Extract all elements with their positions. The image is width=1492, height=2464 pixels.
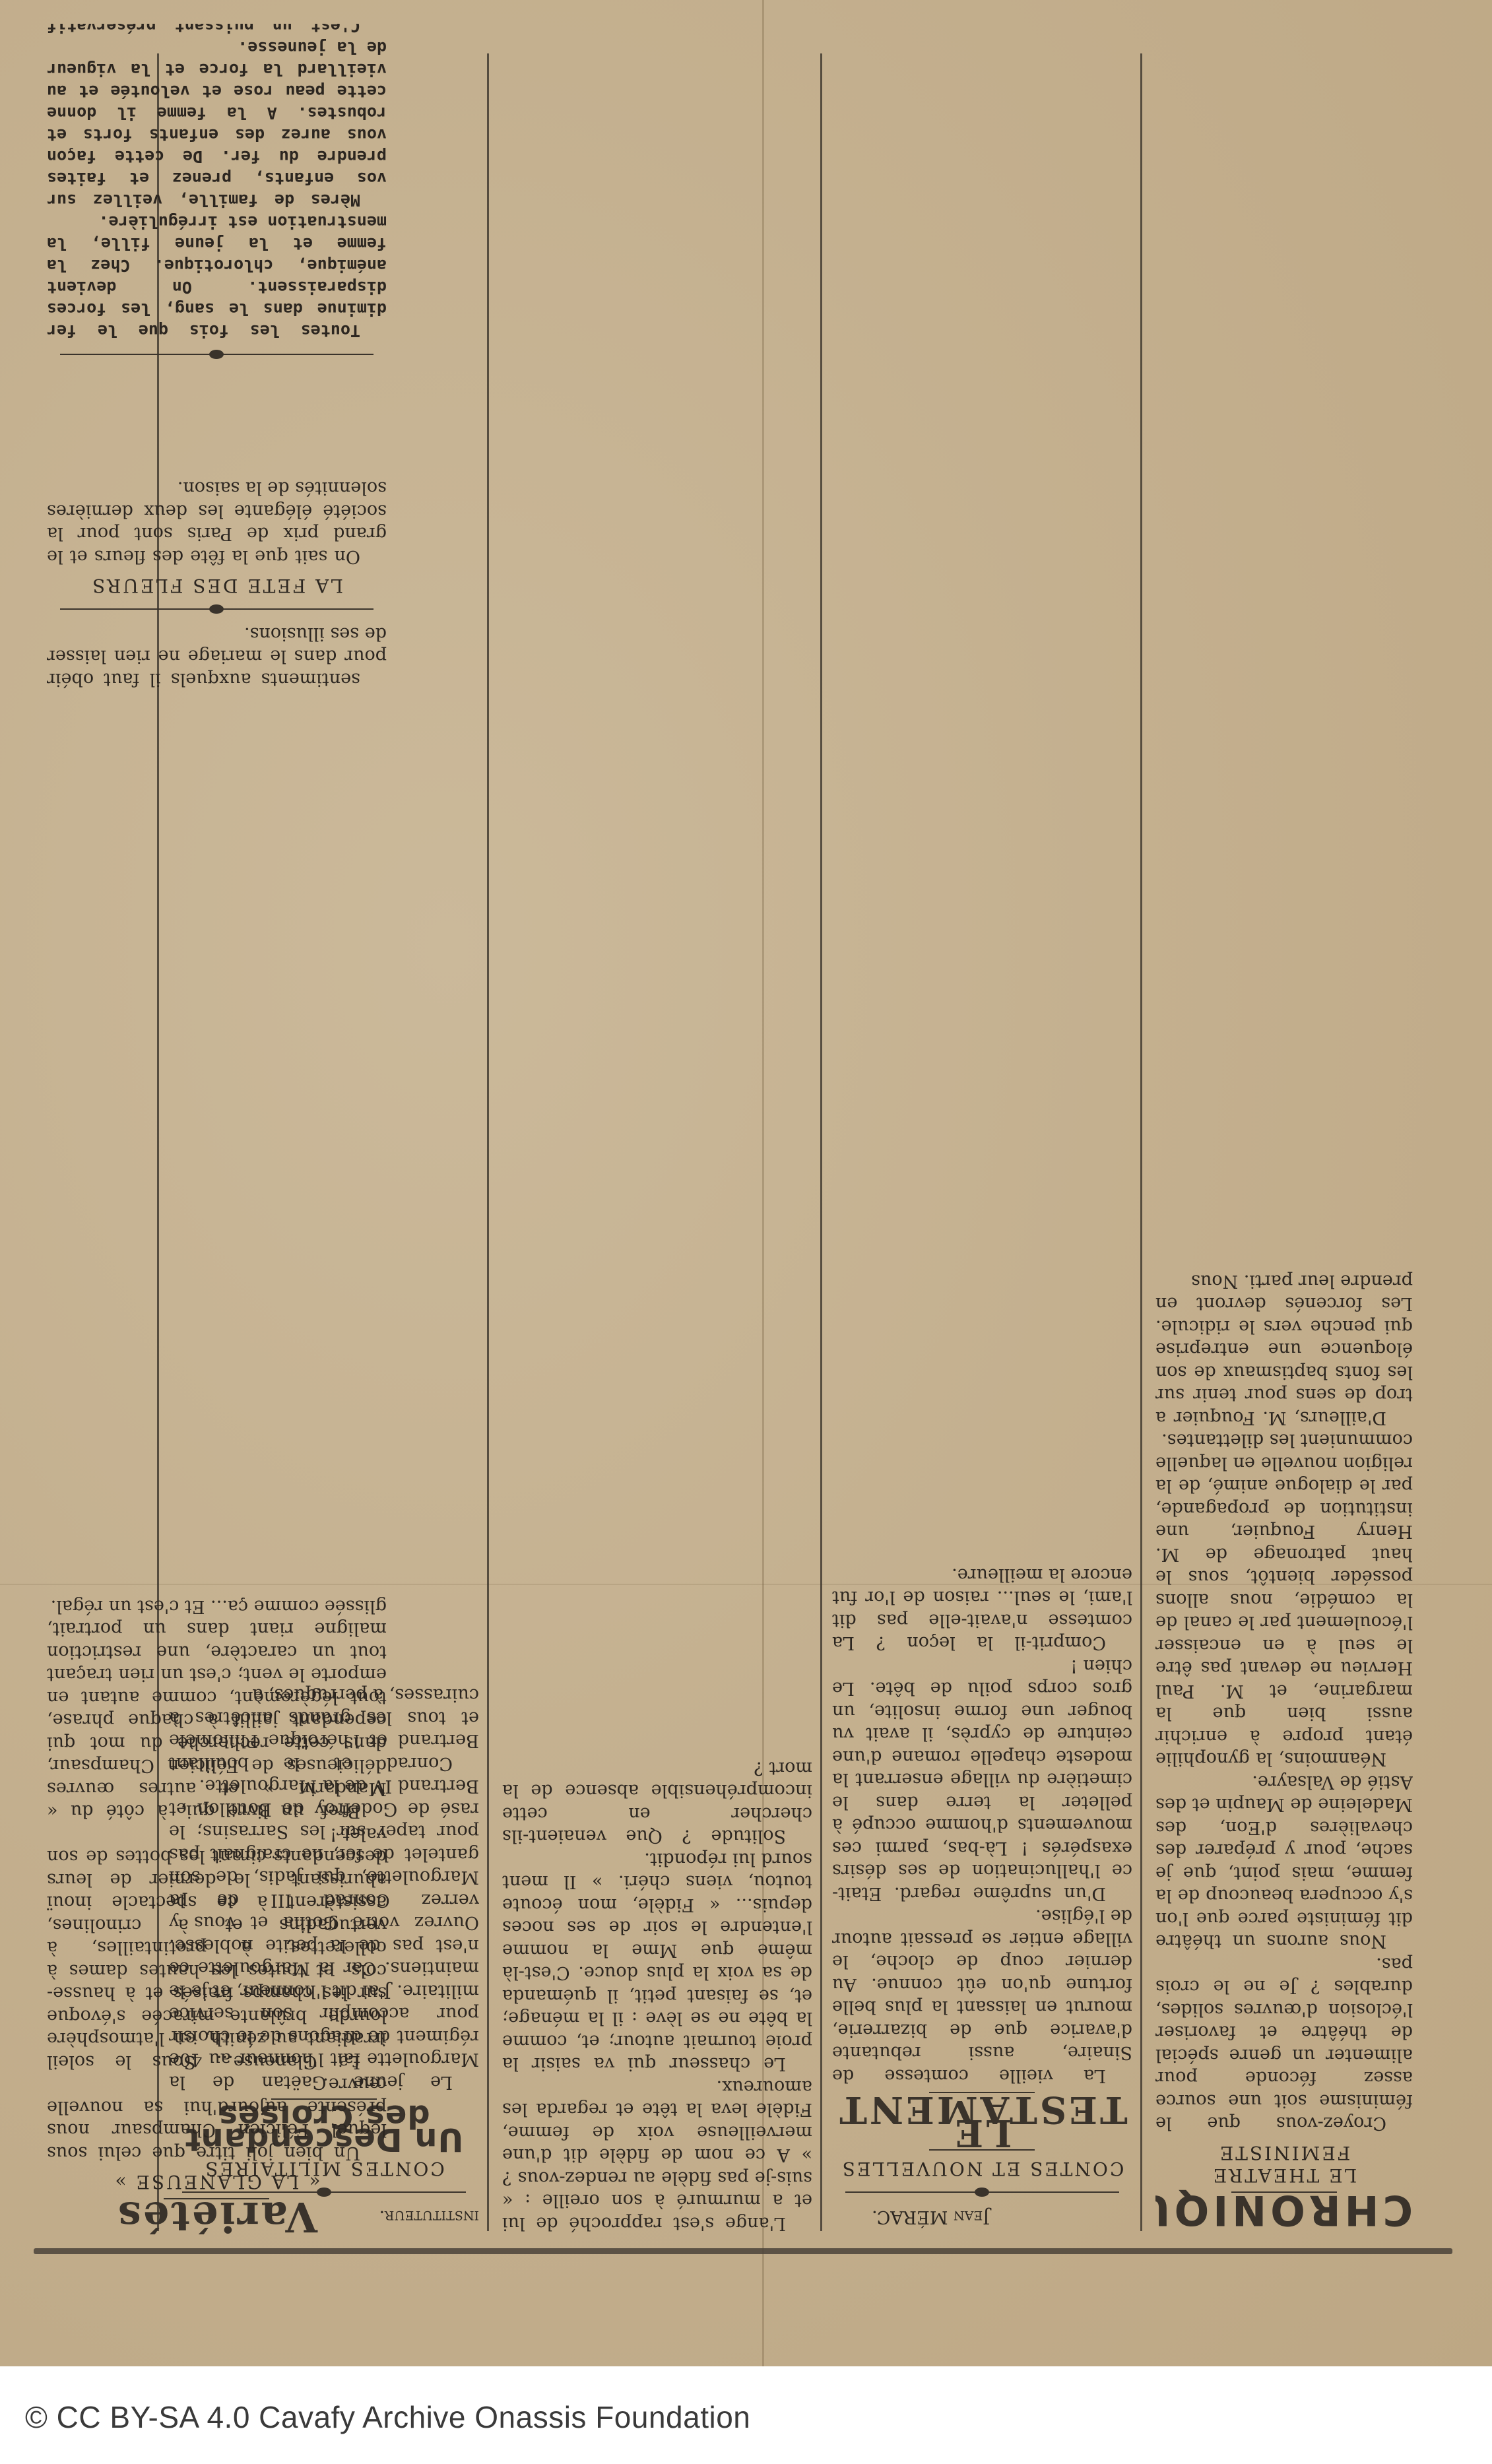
ornamental-rule: [60, 609, 373, 610]
column-varietes: Variétés « LA GLANEUSE » Un bien joli ti…: [47, 1192, 387, 2234]
advertisement-fer-bravais: Toutes les fois que le fer diminue dans …: [47, 24, 387, 367]
paragraph: La Glaneuse... Sous le soleil irradiant …: [47, 1823, 387, 2073]
paragraph: sentiments auxquels il faut obéir pour d…: [47, 622, 387, 691]
ad-paragraph: Toutes les fois que le fer diminue dans …: [47, 211, 387, 342]
heading-varietes: Variétés: [47, 2205, 387, 2228]
paragraph: Bref, un livre qui, à côté du « Mandarin…: [47, 1595, 387, 1823]
ad-paragraph: C'est un puissant préservatif contre les…: [47, 24, 387, 37]
heading-fete-des-fleurs: LA FETE DES FLEURS: [47, 574, 387, 597]
newspaper-page: CHRONIQUE LE THEATRE FEMINISTE Croyez-vo…: [0, 0, 1492, 2366]
subheading-la-glaneuse: « LA GLANEUSE »: [47, 2170, 387, 2193]
paragraph: Un bien joli titre que celui sous lequel…: [47, 2073, 387, 2164]
paragraph: On sait que la fête des fleurs et le gra…: [47, 476, 387, 567]
copyright-caption: © CC BY-SA 4.0 Cavafy Archive Onassis Fo…: [25, 2399, 750, 2435]
ornamental-rule: [60, 354, 373, 355]
ad-paragraph: Mères de famille, veillez sur vos enfant…: [47, 37, 387, 211]
rotated-page-content-left: Variétés « LA GLANEUSE » Un bien joli ti…: [0, 0, 1492, 2366]
